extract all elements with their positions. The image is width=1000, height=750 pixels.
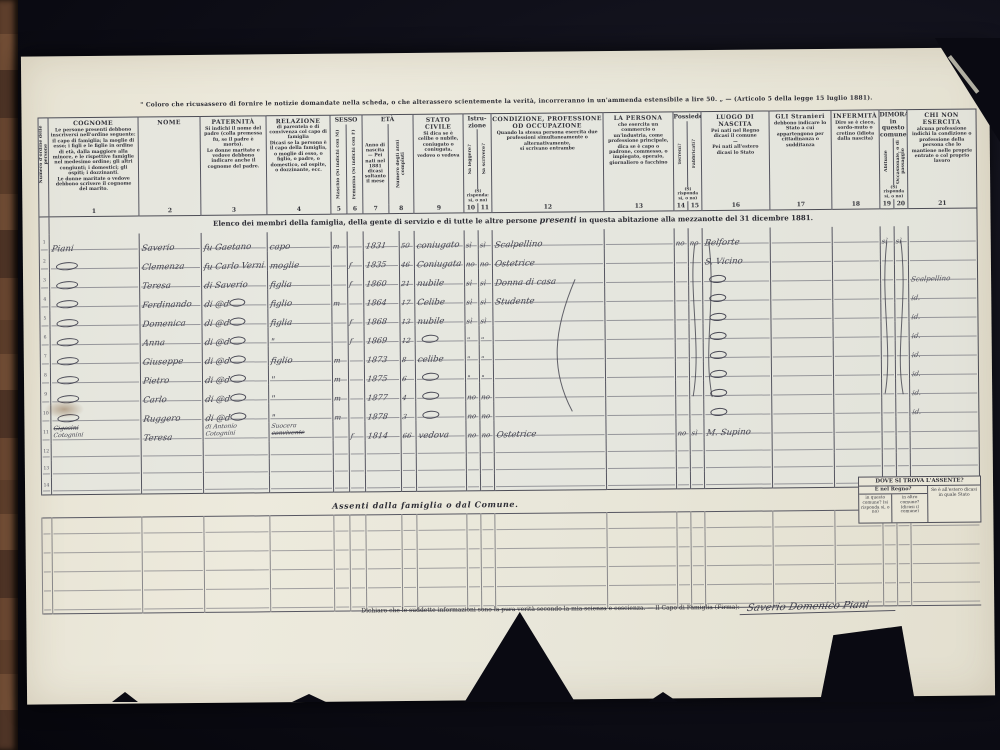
ditto-mark [56, 280, 79, 290]
cell-infer [833, 283, 881, 302]
cell-terr [676, 454, 690, 471]
cell-infer [833, 359, 881, 378]
cell-paternita: di @d [203, 403, 269, 423]
ditto-mark [421, 334, 439, 343]
cell-abit [881, 283, 895, 302]
cell-leg: sì [464, 230, 478, 249]
row-number: 4 [40, 291, 50, 310]
cell-fabb [690, 380, 704, 399]
cell-paternita: di Saverio [201, 270, 267, 290]
cell-leg: " [465, 363, 479, 382]
cell-terr [675, 304, 689, 323]
cell-cognome [51, 460, 141, 478]
cell-cond [493, 343, 605, 363]
col-header-luogo: LUOGO DI NASCITAPei nati nel Regno dicas… [701, 111, 770, 211]
cell-luogo: Belforte [702, 227, 770, 247]
penalty-note: " Coloro che ricusassero di fornire le n… [37, 94, 975, 110]
cell-chi [910, 451, 979, 469]
cell-terr [674, 266, 688, 285]
cell-stato: vedova [416, 420, 466, 439]
col-header-chi: CHI NON ESERCITAalcuna professione indic… [907, 109, 977, 209]
cell-chi [908, 244, 977, 264]
cell-chi: id. [909, 339, 978, 359]
col-sub-eta-8: Numero degli anni compiuti [387, 123, 413, 204]
cell-abit: sì [880, 226, 894, 245]
cell-anno [365, 474, 401, 492]
cell-relazione [269, 441, 333, 459]
cell-cognome [50, 348, 140, 368]
cell-luogo: M. Supino [704, 417, 772, 437]
cell-fabb: no [688, 228, 702, 247]
cell-persona [606, 471, 676, 489]
cell-infer [833, 340, 881, 359]
col-sub-istruzione-10: Sa leggere? [464, 129, 478, 189]
cell-terr [676, 380, 690, 399]
cell-fabb [690, 454, 704, 471]
cell-stato: nubile [415, 306, 465, 325]
where-box-this-commune: in questo comune? (si risponda sì, o no) [859, 494, 891, 522]
cell-f: f [348, 307, 364, 326]
cell-anno: 1868 [364, 307, 400, 326]
cell-stato [416, 401, 466, 420]
cell-m [333, 458, 349, 475]
cell-anno: 1877 [365, 383, 401, 402]
cell-cognome [50, 329, 140, 349]
cell-terr [674, 247, 688, 266]
cell-nome [141, 459, 203, 477]
ditto-mark [57, 356, 80, 366]
row-number: 13 [41, 460, 51, 477]
cell-scr [480, 473, 494, 491]
cell-stran [772, 417, 834, 437]
cell-anno: 1869 [364, 326, 400, 345]
col-title-luogo: LUOGO DI NASCITA [702, 113, 769, 128]
cell-cognome [50, 291, 140, 311]
row-number: 8 [40, 367, 50, 386]
ditto-mark [422, 372, 440, 381]
cell-f [349, 402, 365, 421]
col-header-possiede: PossiedeTerreni?Fabbricati?(Si risponda … [673, 112, 702, 211]
cell-cond: Scalpellino [492, 229, 604, 249]
cell-luogo [704, 470, 772, 488]
cell-cond: Donna di casa [492, 267, 604, 287]
cell-m [333, 422, 349, 441]
cell-leg [466, 473, 480, 491]
cell-terr [675, 342, 689, 361]
cell-leg: sì [465, 287, 479, 306]
cell-persona [605, 361, 675, 381]
cell-m [332, 308, 348, 327]
cell-luogo [704, 379, 772, 399]
cell-scr: no [480, 420, 494, 439]
cell-stran [771, 284, 833, 304]
cell-infer [833, 321, 881, 340]
cell-cond [493, 362, 605, 382]
col-header-paternita: PATERNITÀSi indichi il nome del padre (c… [200, 116, 267, 216]
cell-luogo [703, 341, 771, 361]
ditto-mark [229, 354, 246, 363]
col-header-persona: LA PERSONAche esercita un commercio o un… [603, 112, 674, 212]
cell-relazione: figlia [267, 270, 331, 290]
cell-stran [772, 470, 834, 488]
cell-infer [832, 245, 880, 264]
cell-occ [895, 321, 909, 340]
census-paper-sheet: " Coloro che ricusassero di fornire le n… [21, 47, 995, 704]
ditto-mark [710, 407, 728, 416]
cell-abit [882, 397, 896, 416]
cell-abit [882, 452, 896, 469]
cell-nome: Teresa [141, 423, 203, 443]
col-title-cond: CONDIZIONE, PROFESSIONE OD OCCUPAZIONE [492, 115, 603, 130]
cell-f: f [347, 250, 363, 269]
cell-relazione: " [268, 365, 332, 385]
cell-fabb [690, 437, 704, 454]
cell-luogo [704, 436, 772, 454]
cell-anno: 1835 [363, 250, 399, 269]
col-header-sesso: SESSOMaschio (Si indichi con M)Femmina (… [330, 115, 363, 214]
cell-occ [896, 416, 910, 435]
cell-nome [141, 476, 203, 494]
ditto-mark [229, 335, 246, 344]
cell-nome: Clemenza [139, 252, 201, 272]
cell-fabb [689, 323, 703, 342]
cell-cond [494, 455, 606, 473]
cell-leg: sì [465, 306, 479, 325]
ditto-mark [230, 392, 247, 401]
cell-abit [881, 321, 895, 340]
cell-terr [676, 471, 690, 489]
cell-abit [882, 378, 896, 397]
cell-infer [834, 378, 882, 397]
col-group-title-istruzione: Istru- zione [464, 116, 491, 129]
cell-leg: no [466, 420, 480, 439]
cell-persona [604, 266, 674, 286]
cell-chi [910, 415, 979, 435]
cell-leg: no [464, 249, 478, 268]
cell-m: m [333, 384, 349, 403]
cell-luogo [703, 303, 771, 323]
cell-relazione [269, 475, 333, 493]
row-number: 5 [40, 310, 50, 329]
head-of-family-signature: Saverio Domenico Piani [740, 599, 898, 615]
ditto-mark [422, 410, 440, 419]
cell-chi: Scalpellino [908, 263, 977, 283]
cell-scr: sì [478, 230, 492, 249]
cell-paternita: fu Gaetano [201, 232, 267, 252]
declaration-text: Dichiaro che le suddette informazioni so… [361, 604, 740, 615]
cell-relazione: figlio [268, 346, 332, 366]
cell-anno: 1814 [365, 421, 401, 440]
cell-chi: id. [909, 301, 978, 321]
cell-nome: Domenica [140, 309, 202, 329]
cell-anni: 4 [401, 383, 416, 402]
col-header-relazione: RELAZIONEdi parentela o di convivenza co… [266, 115, 331, 215]
cell-stran [771, 303, 833, 323]
cell-leg: no [466, 382, 480, 401]
cell-luogo [703, 322, 771, 342]
cell-nome: Saverio [139, 233, 201, 253]
cell-leg [466, 456, 480, 473]
ditto-mark [56, 299, 79, 309]
cell-anno: 1831 [363, 231, 399, 250]
cell-f [349, 383, 365, 402]
cell-infer [833, 302, 881, 321]
row-number: 3 [39, 272, 49, 291]
cell-m: m [332, 365, 348, 384]
ditto-mark [56, 261, 79, 271]
col-sub-possiede-14: Terreni? [674, 121, 688, 187]
cell-fabb [689, 342, 703, 361]
col-header-stato: STATO CIVILESi dica se è celibe o nubile… [413, 114, 464, 213]
row-number-column-header: Numero d'ordine delle persone [38, 118, 49, 217]
cell-cond: Ostetrice [492, 248, 604, 268]
cell-occ [895, 302, 909, 321]
col-sub-eta-7: Anno di nascita — Pei nati nel 1881 dica… [363, 124, 388, 205]
cell-anni [401, 440, 416, 457]
cell-m: m [332, 346, 348, 365]
ditto-mark [422, 391, 440, 400]
cell-scr: sì [479, 306, 493, 325]
row-number: 2 [39, 253, 49, 272]
ditto-mark [709, 293, 727, 302]
cell-anni: 21 [399, 269, 414, 288]
cell-leg: sì [464, 268, 478, 287]
cell-fabb [688, 266, 702, 285]
cell-cond [494, 381, 606, 401]
cell-persona [604, 228, 674, 248]
cell-infer [834, 435, 882, 452]
cell-cognome [51, 443, 141, 461]
col-header-cognome: COGNOMELe persone presenti debbono inscr… [48, 117, 139, 217]
cell-scr: no [480, 401, 494, 420]
cell-anno: 1864 [364, 288, 400, 307]
cell-m [333, 441, 349, 458]
cell-anno: 1878 [365, 402, 401, 421]
cell-m [331, 270, 347, 289]
cell-f: f [348, 326, 364, 345]
cell-nome [141, 442, 203, 460]
cell-cond: Ostetrice [494, 419, 606, 439]
cell-occ [895, 359, 909, 378]
table-header-row: Numero d'ordine delle personeCOGNOMELe p… [38, 109, 977, 217]
cell-occ [896, 452, 910, 469]
cell-terr [676, 437, 690, 454]
cell-cognome [49, 253, 139, 273]
cell-anni: 8 [400, 345, 415, 364]
col-header-infer: INFERMITÀDire se è cieco, sordo-muto o c… [831, 110, 880, 209]
cell-occ [896, 397, 910, 416]
cell-occ [894, 245, 908, 264]
cell-stran [772, 453, 834, 471]
cell-anni: 6 [400, 364, 415, 383]
col-title-stato: STATO CIVILE [414, 116, 463, 130]
cell-stato [416, 456, 466, 473]
cell-stato [415, 325, 465, 344]
cell-luogo [703, 360, 771, 380]
row-number: 7 [40, 348, 50, 367]
cell-nome: Anna [140, 328, 202, 348]
cell-infer [834, 397, 882, 416]
col-header-dimora: DIMORA in questo comuneAbitualeOccasiona… [879, 110, 908, 209]
cell-anni: 3 [401, 402, 416, 421]
cell-terr: no [676, 418, 690, 437]
cell-stato [416, 382, 466, 401]
cell-persona [606, 399, 676, 419]
cell-terr [675, 323, 689, 342]
ditto-mark [710, 388, 728, 397]
cell-occ [895, 340, 909, 359]
cell-leg: " [465, 325, 479, 344]
col-sub-dimora-20: Occasionale, o di passaggio [893, 138, 907, 185]
cell-anni: 17 [400, 288, 415, 307]
cell-abit [881, 302, 895, 321]
col-header-stran: GLI Stranieridebbono indicare lo Stato a… [769, 110, 832, 210]
cell-paternita: fu Carlo Verni [201, 251, 267, 271]
cell-m [333, 475, 349, 493]
cell-cond [494, 438, 606, 456]
cell-stran [770, 227, 832, 247]
cell-f [349, 457, 365, 474]
cell-fabb [689, 361, 703, 380]
cell-stato: celibe [415, 344, 465, 363]
row-number: 1 [39, 234, 49, 253]
cell-scr: sì [479, 287, 493, 306]
cell-leg [466, 439, 480, 456]
cell-leg: no [466, 401, 480, 420]
cell-f [349, 474, 365, 492]
cell-paternita: di @d [202, 365, 268, 385]
cell-luogo [703, 284, 771, 304]
cell-relazione: figlio [268, 289, 332, 309]
cell-nome: Giuseppe [140, 347, 202, 367]
where-box-estero: Se è all'estero dicasi in quale Stato [927, 485, 980, 522]
cell-anno: 1873 [364, 345, 400, 364]
col-sub-sesso-6: Femmina (Si indichi con F) [346, 124, 363, 205]
cell-m: m [331, 232, 347, 251]
cell-nome: Pietro [140, 366, 202, 386]
cell-occ [894, 264, 908, 283]
cell-stran [772, 436, 834, 454]
cell-abit [881, 340, 895, 359]
cell-relazione: capo [267, 232, 331, 252]
cell-nome: Teresa [139, 271, 201, 291]
cell-abit [880, 264, 894, 283]
ditto-mark [56, 337, 79, 347]
row-number: 14 [41, 477, 51, 495]
cell-fabb [689, 285, 703, 304]
cell-nome: Ruggero [141, 404, 203, 424]
col-sub-dimora-19: Abituale [880, 138, 893, 185]
cell-stran [770, 246, 832, 266]
cell-paternita: di @d [202, 327, 268, 347]
cell-scr: no [480, 382, 494, 401]
cell-infer [834, 452, 882, 469]
cell-m: m [333, 403, 349, 422]
col-group-title-dimora: DIMORA in questo comune [880, 112, 907, 138]
cell-cognome [50, 310, 140, 330]
ditto-mark [229, 297, 246, 306]
cell-relazione [269, 458, 333, 476]
cell-cognome [49, 272, 139, 292]
cell-persona [605, 342, 675, 362]
cell-relazione: Suoceraconvivente [269, 422, 333, 442]
cell-f [349, 440, 365, 457]
assenti-section-title: Assenti dalla famiglia o dal Comune. [332, 499, 518, 511]
cell-stato: Coniugata [414, 249, 464, 268]
cell-nome: Carlo [141, 385, 203, 405]
cell-f: f [349, 421, 365, 440]
cell-paternita: di @d [202, 346, 268, 366]
row-number: 6 [40, 329, 50, 348]
cell-fabb [689, 304, 703, 323]
cell-stran [772, 379, 834, 399]
cell-chi [910, 434, 979, 452]
cell-abit [880, 245, 894, 264]
cell-stato [415, 363, 465, 382]
cell-occ [896, 378, 910, 397]
cell-occ [896, 435, 910, 452]
cell-stato: nubile [414, 268, 464, 287]
cell-leg: " [465, 344, 479, 363]
cell-cognome [50, 367, 140, 387]
cell-persona [605, 323, 675, 343]
cell-relazione: " [269, 384, 333, 404]
cell-f [347, 231, 363, 250]
cell-fabb [690, 471, 704, 489]
ditto-mark [229, 316, 246, 325]
cell-persona [604, 247, 674, 267]
cell-persona [606, 418, 676, 438]
cell-scr: " [479, 363, 493, 382]
cell-scr: sì [478, 268, 492, 287]
cell-scr: no [478, 249, 492, 268]
cell-anni [401, 457, 416, 474]
cell-relazione: " [269, 403, 333, 423]
col-header-istruzione: Istru- zioneSa leggere?Sa scrivere?(Si r… [463, 114, 492, 213]
cell-nome: Ferdinando [140, 290, 202, 310]
cell-occ [895, 283, 909, 302]
cell-infer [832, 264, 880, 283]
cell-terr [675, 361, 689, 380]
cell-stran [770, 265, 832, 285]
cell-stato [416, 439, 466, 456]
cell-anno: 1875 [364, 364, 400, 383]
cell-anni: 46 [399, 250, 414, 269]
cell-abit [881, 359, 895, 378]
cell-occ: sì [894, 226, 908, 245]
cell-anni: 12 [400, 326, 415, 345]
cell-m [332, 327, 348, 346]
row-number-column-label: Numero d'ordine delle persone [39, 118, 49, 190]
col-header-nome: NOME2 [138, 116, 201, 216]
cell-luogo [702, 265, 770, 285]
col-sub-possiede-15: Fabbricati? [687, 121, 702, 187]
row-number: 12 [41, 443, 51, 460]
cell-relazione: moglie [267, 251, 331, 271]
col-header-cond: CONDIZIONE, PROFESSIONE OD OCCUPAZIONEQu… [491, 113, 604, 213]
cell-cognome: Piani [49, 234, 139, 254]
cell-paternita: di @d [202, 289, 268, 309]
cell-terr: no [674, 228, 688, 247]
cell-f [348, 288, 364, 307]
cell-infer [832, 226, 880, 245]
cell-chi: id. [910, 396, 979, 416]
cell-cond [493, 305, 605, 325]
cell-stran [771, 322, 833, 342]
cell-relazione: figlia [268, 308, 332, 328]
cell-chi: id. [910, 377, 979, 397]
cell-cond [494, 472, 606, 491]
